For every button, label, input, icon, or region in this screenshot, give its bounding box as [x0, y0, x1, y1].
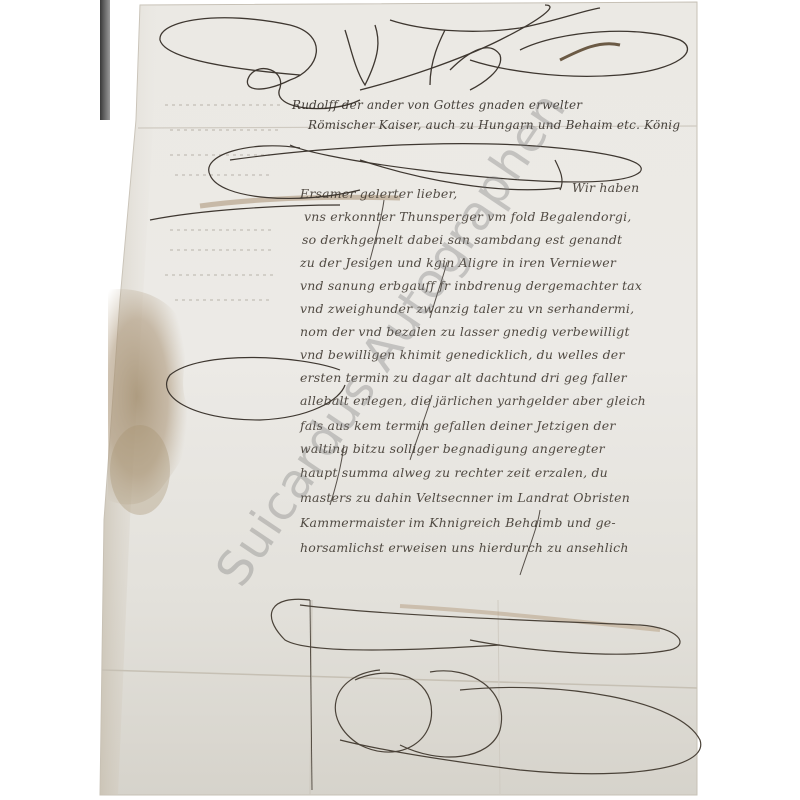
body-line: Kammermaister im Khnigreich Behaimb und …	[300, 515, 616, 530]
body-line: so derkhgemelt dabei san sambdang est ge…	[302, 232, 622, 247]
body-line: vns erkonnter Thunsperger vm fold Begale…	[304, 209, 631, 224]
body-line: vnd zweighunder zwanzig taler zu vn serh…	[300, 301, 634, 316]
heading-line-1: Rudolff der ander von Gottes gnaden erwe…	[292, 98, 582, 112]
salutation: Ersamer gelerter lieber,	[300, 186, 457, 201]
body-line: vnd sanung erbgauff fr inbdrenug dergema…	[300, 278, 642, 293]
body-line: zu der Jesigen und kgin Aligre in iren V…	[300, 255, 616, 270]
body-line: nom der vnd bezalen zu lasser gnedig ver…	[300, 324, 630, 339]
body-line: vnd bewilligen khimit genedicklich, du w…	[300, 347, 625, 362]
body-line: ersten termin zu dagar alt dachtund dri …	[300, 370, 627, 385]
manuscript-page: Rudolff der ander von Gottes gnaden erwe…	[0, 0, 800, 800]
body-line: walting bitzu solliger begnadigung anger…	[300, 441, 605, 456]
heading-line-2: Römischer Kaiser, auch zu Hungarn und Be…	[308, 118, 680, 132]
body-line: horsamlichst erweisen uns hierdurch zu a…	[300, 540, 629, 555]
body-line: masters zu dahin Veltsecnner im Landrat …	[300, 490, 630, 505]
salutation-continuation: Wir haben	[572, 180, 639, 195]
body-line: allebalt erlegen, die järlichen yarhgeld…	[300, 393, 646, 408]
body-line: fals aus kem termin gefallen deiner Jetz…	[300, 418, 616, 433]
body-line: haupt summa alweg zu rechter zeit erzale…	[300, 465, 608, 480]
